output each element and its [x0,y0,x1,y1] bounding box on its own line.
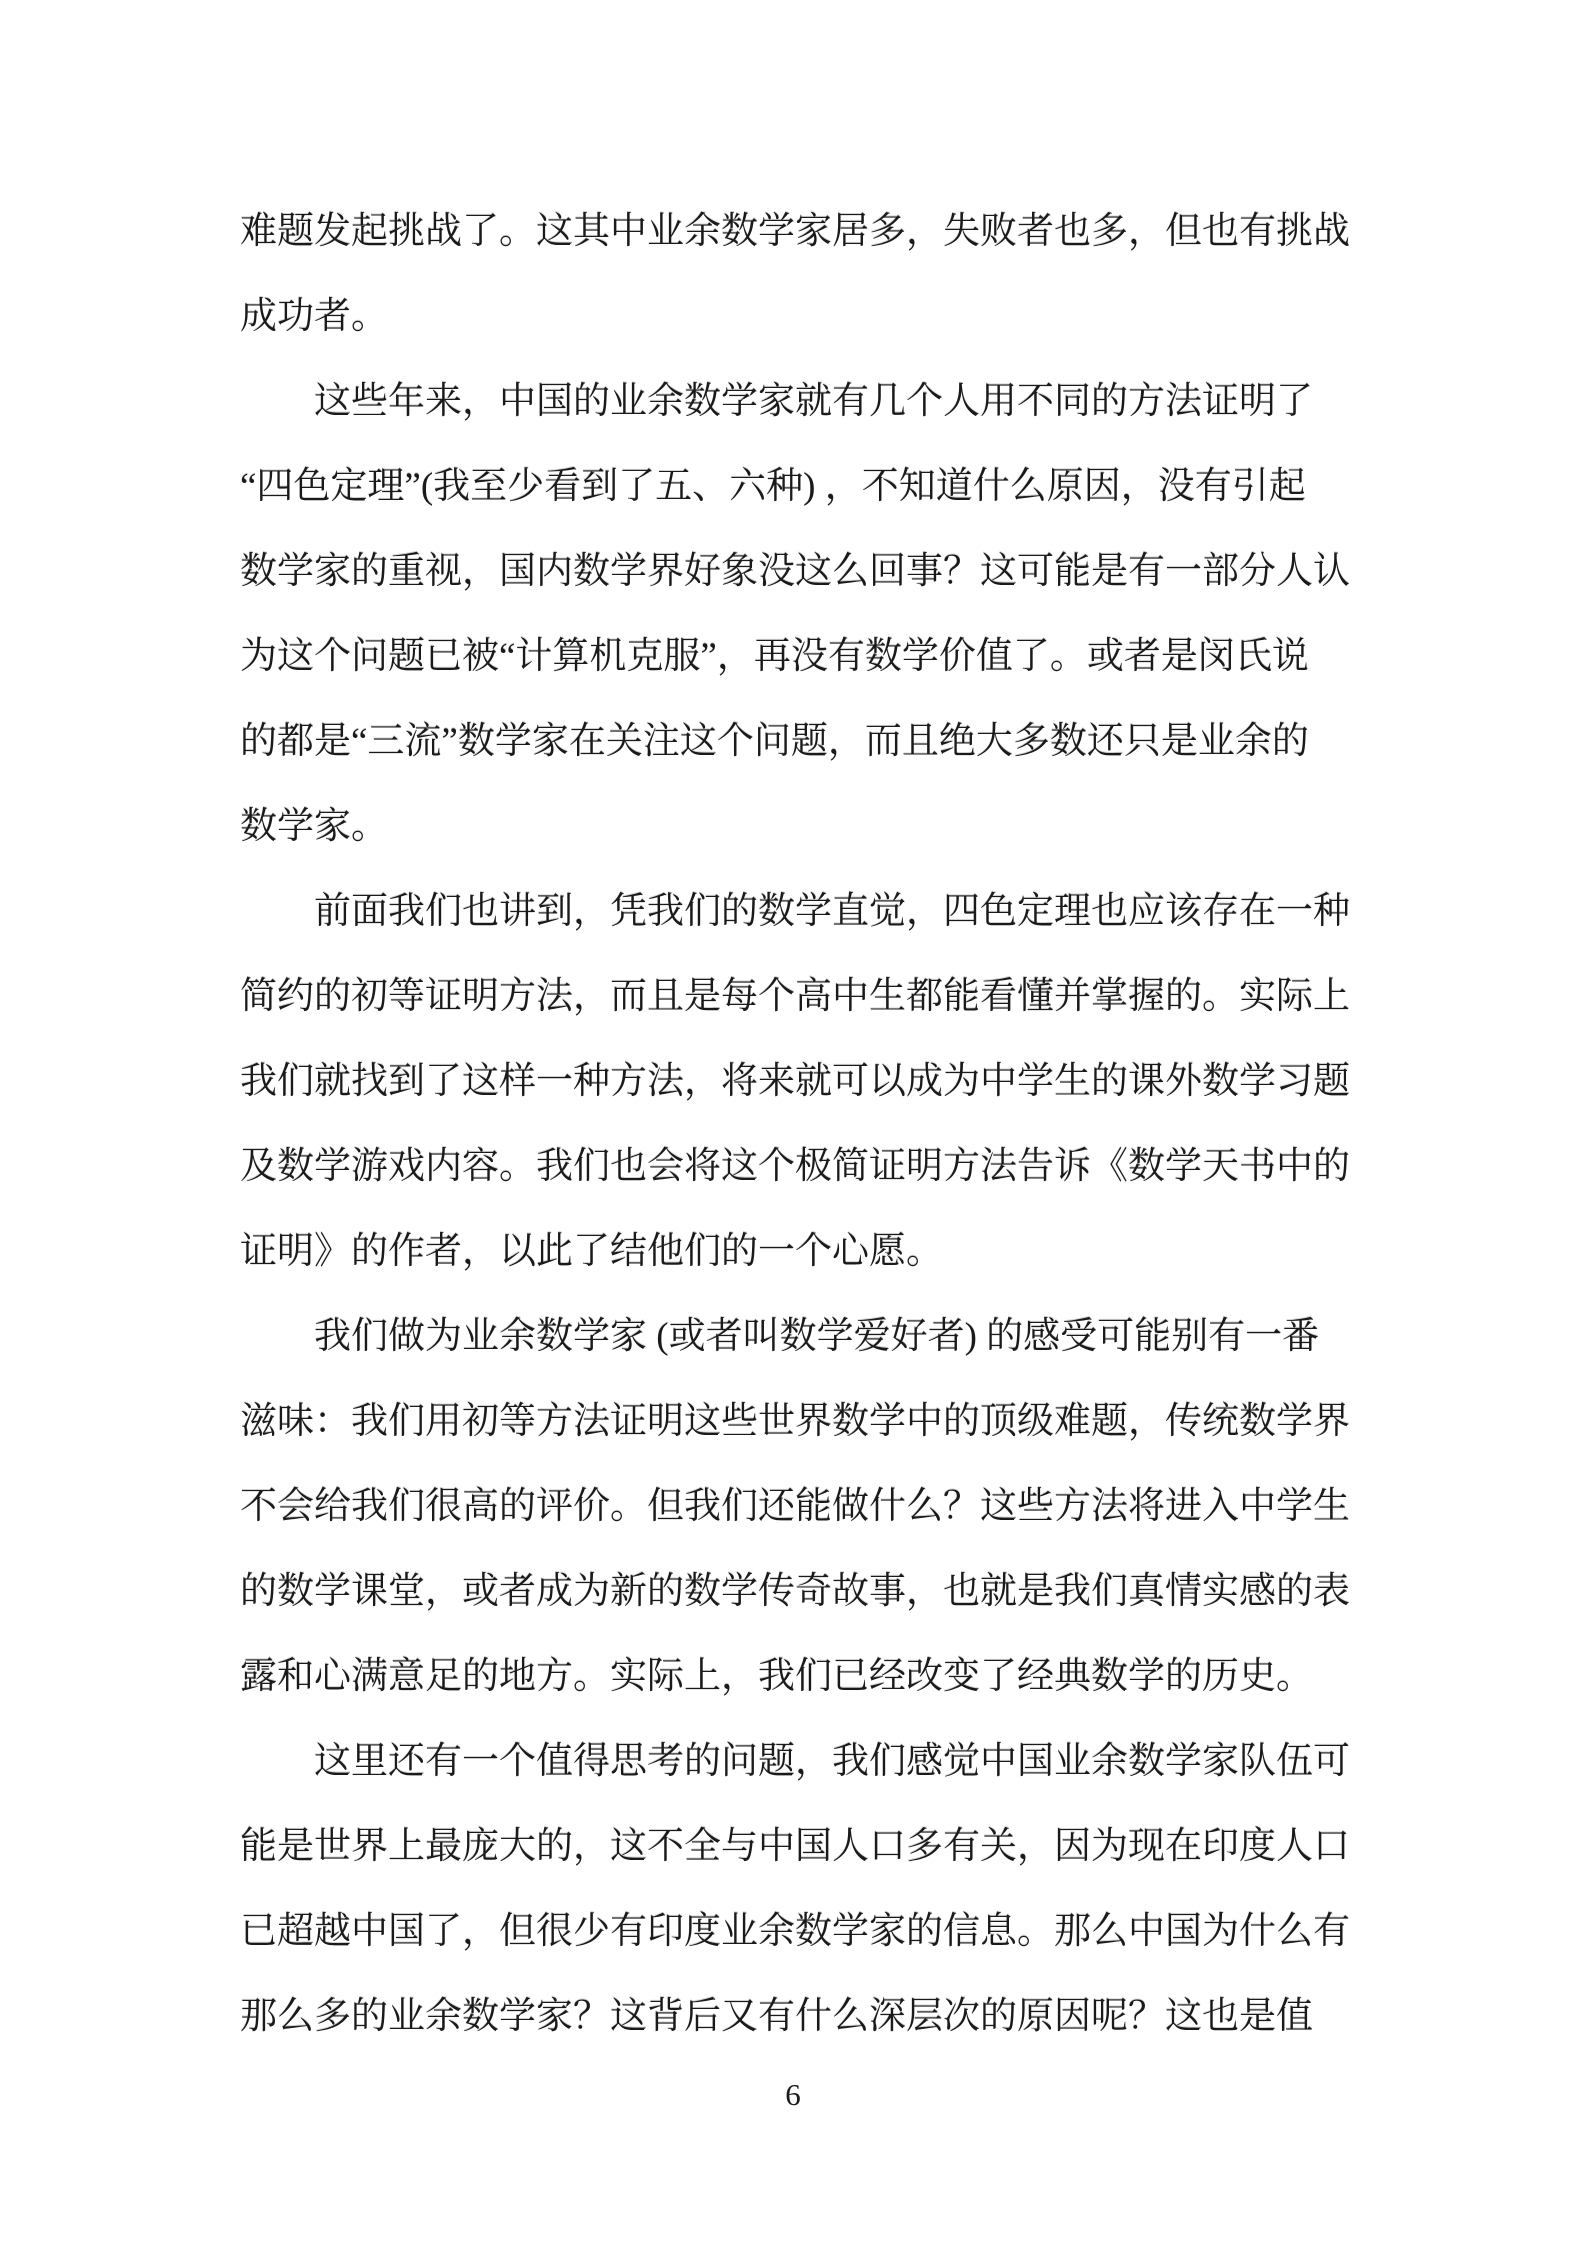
text-line: 的都是“三流”数学家在关注这个问题，而且绝大多数还只是业余的 [240,699,1358,784]
text-line: 数学家。 [240,784,1358,869]
text-line: 这里还有一个值得思考的问题，我们感觉中国业余数学家队伍可 [240,1719,1358,1804]
paragraph: 这些年来，中国的业余数学家就有几个人用不同的方法证明了“四色定理”(我至少看到了… [240,359,1358,869]
text-line: 的数学课堂，或者成为新的数学传奇故事，也就是我们真情实感的表 [240,1549,1358,1634]
paragraph: 我们做为业余数学家 (或者叫数学爱好者) 的感受可能别有一番滋味：我们用初等方法… [240,1294,1358,1719]
paragraph: 难题发起挑战了。这其中业余数学家居多，失败者也多，但也有挑战成功者。 [240,189,1358,359]
text-line: 那么多的业余数学家？这背后又有什么深层次的原因呢？这也是值 [240,1974,1358,2059]
text-line: 能是世界上最庞大的，这不全与中国人口多有关，因为现在印度人口 [240,1804,1358,1889]
text-line: 已超越中国了，但很少有印度业余数学家的信息。那么中国为什么有 [240,1889,1358,1974]
text-line: “四色定理”(我至少看到了五、六种) ，不知道什么原因，没有引起 [240,444,1358,529]
text-line: 成功者。 [240,274,1358,359]
text-line: 我们做为业余数学家 (或者叫数学爱好者) 的感受可能别有一番 [240,1294,1358,1379]
text-line: 难题发起挑战了。这其中业余数学家居多，失败者也多，但也有挑战 [240,189,1358,274]
document-body: 难题发起挑战了。这其中业余数学家居多，失败者也多，但也有挑战成功者。这些年来，中… [240,189,1358,2059]
text-line: 滋味：我们用初等方法证明这些世界数学中的顶级难题，传统数学界 [240,1379,1358,1464]
text-line: 前面我们也讲到，凭我们的数学直觉，四色定理也应该存在一种 [240,869,1358,954]
text-line: 为这个问题已被“计算机克服”，再没有数学价值了。或者是闵氏说 [240,614,1358,699]
text-line: 露和心满意足的地方。实际上，我们已经改变了经典数学的历史。 [240,1634,1358,1719]
document-page: 难题发起挑战了。这其中业余数学家居多，失败者也多，但也有挑战成功者。这些年来，中… [0,0,1586,2244]
text-line: 及数学游戏内容。我们也会将这个极简证明方法告诉《数学天书中的 [240,1124,1358,1209]
text-line: 不会给我们很高的评价。但我们还能做什么？这些方法将进入中学生 [240,1464,1358,1549]
text-line: 数学家的重视，国内数学界好象没这么回事？这可能是有一部分人认 [240,529,1358,614]
text-line: 证明》的作者，以此了结他们的一个心愿。 [240,1209,1358,1294]
paragraph: 前面我们也讲到，凭我们的数学直觉，四色定理也应该存在一种简约的初等证明方法，而且… [240,869,1358,1294]
text-line: 我们就找到了这样一种方法，将来就可以成为中学生的课外数学习题 [240,1039,1358,1124]
text-line: 简约的初等证明方法，而且是每个高中生都能看懂并掌握的。实际上 [240,954,1358,1039]
page-number: 6 [0,2075,1586,2115]
text-line: 这些年来，中国的业余数学家就有几个人用不同的方法证明了 [240,359,1358,444]
paragraph: 这里还有一个值得思考的问题，我们感觉中国业余数学家队伍可能是世界上最庞大的，这不… [240,1719,1358,2059]
